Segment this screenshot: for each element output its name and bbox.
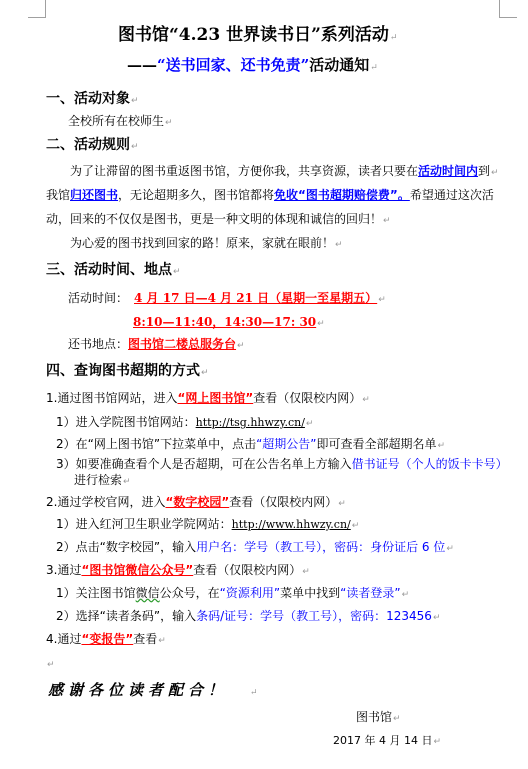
signature-text: 图书馆 [356,710,392,724]
method-1-step-1: 1）进入学院图书馆网站：http://tsg.hhwzy.cn/↵ [56,414,313,432]
method-2-row: 2.通过学校官网，进入“数字校园”查看（仅限校内网）↵ [46,494,346,512]
date: 2017 年 4 月 14 日↵ [333,733,441,750]
subtitle-suffix: 活动通知 [309,56,369,74]
text: 菜单中找到 [280,586,340,600]
wechat-account-link[interactable]: “图书馆微信公众号” [81,563,193,577]
place-value: 图书馆二楼总服务台 [128,337,236,351]
paragraph-mark-icon: ↵ [383,216,391,226]
body-text: 全校所有在校师生 [68,114,164,128]
paragraph-mark-icon: ↵ [338,499,346,509]
rules-paragraph-line-4: 为心爱的图书找到回家的路！原来，家就在眼前！↵ [70,235,343,253]
fee-waiver-link[interactable]: 免收“图书超期赔偿费”。 [274,188,410,202]
paragraph-mark-icon: ↵ [237,341,245,351]
digital-campus-link[interactable]: “数字校园” [165,495,229,509]
paragraph-mark-icon: ↵ [302,567,310,577]
method-1-step-3-cont: 进行检索↵ [74,472,131,490]
college-website-url-link[interactable]: http://www.hhwzy.cn/ [232,518,351,531]
paragraph-mark-icon: ↵ [335,240,343,250]
section-heading-query-methods: 四、查询图书超期的方式↵ [46,362,209,382]
method-3-step-2: 2）选择“读者条码”，输入条码/证号：学号（教工号），密码：123456↵ [56,608,440,626]
text: 查看 [133,632,157,646]
page-corner-mark-top-right [499,0,517,18]
credentials-highlight: 用户名：学号（教工号），密码：身份证后 6 位 [196,540,445,554]
text: 查看（仅限校内网） [253,391,361,405]
subtitle-highlight: “送书回家、还书免责” [157,56,309,74]
paragraph-mark-icon: ↵ [362,395,370,405]
barcode-credentials-highlight: 条码/证号：学号（教工号），密码：123456 [196,609,432,623]
paragraph-mark-icon: ↵ [378,295,386,305]
library-website-url-link[interactable]: http://tsg.hhwzy.cn/ [196,416,305,429]
time-value-hours: 8:10—11:40，14:30—17: 30 [133,315,316,329]
method-4-row: 4.通过“变报告”查看↵ [46,631,166,649]
text: 到 [478,164,490,178]
paragraph-mark-icon: ↵ [433,613,441,623]
online-library-link[interactable]: “网上图书馆” [177,391,253,405]
text: 为了让滞留的图书重返图书馆，方便你我，共享资源，读者只要在 [70,164,418,178]
place-label: 还书地点： [68,337,128,351]
title-text: 图书馆“4.23 世界读书日”系列活动 [118,25,389,45]
return-place-row: 还书地点：图书馆二楼总服务台↵ [68,336,245,354]
activity-hours-row: 8:10—11:40，14:30—17: 30↵ [133,314,325,332]
time-label: 活动时间： [68,291,128,305]
text: 1.通过图书馆网站，进入 [46,391,177,405]
page-corner-mark-top-left [28,0,46,18]
paragraph-mark-icon: ↵ [306,419,314,429]
paragraph-mark-icon: ↵ [393,714,401,724]
paragraph-mark-icon: ↵ [390,33,398,43]
text: 我馆 [46,188,70,202]
rules-paragraph-line-3: 动，回来的不仅仅是图书，更是一种文明的体现和诚信的回归！↵ [46,211,391,229]
method-2-step-2: 2）点击“数字校园”，输入用户名：学号（教工号），密码：身份证后 6 位↵ [56,539,454,557]
paragraph-mark-icon: ↵ [47,660,55,670]
document-title: 图书馆“4.23 世界读书日”系列活动↵ [118,24,397,49]
method-2-step-1: 1）进入红河卫生职业学院网站：http://www.hhwzy.cn/↵ [56,516,359,534]
paragraph-mark-icon: ↵ [131,142,139,152]
paragraph-mark-icon: ↵ [123,477,131,487]
activity-period-link[interactable]: 活动时间内 [418,164,478,178]
method-1-row: 1.通过图书馆网站，进入“网上图书馆”查看（仅限校内网）↵ [46,390,370,408]
empty-paragraph: ↵ [46,655,55,673]
method-3-step-1: 1）关注图书馆微信公众号，在“资源利用”菜单中找到“读者登录”↵ [56,585,409,603]
text: 2）选择“读者条码”，输入 [56,609,196,623]
paragraph-mark-icon: ↵ [370,63,378,73]
paragraph-mark-icon: ↵ [158,636,166,646]
target-audience-text: 全校所有在校师生↵ [68,113,173,131]
section-heading-rules: 二、活动规则↵ [46,136,139,156]
subtitle-dash: —— [127,56,157,74]
text: 进行检索 [74,473,122,487]
text: 动，回来的不仅仅是图书，更是一种文明的体现和诚信的回归！ [46,212,382,226]
rules-paragraph-line-1: 为了让滞留的图书重返图书馆，方便你我，共享资源，读者只要在活动时间内到↵ [70,163,499,181]
resource-menu-highlight: “资源利用” [220,586,280,600]
thanks-message: 感谢各位读者配合！↵ [48,682,263,701]
text: 为心爱的图书找到回家的路！原来，家就在眼前！ [70,236,334,250]
heading-text: 一、活动对象 [46,91,130,107]
text: 希望通过这次活 [410,188,494,202]
section-heading-time-place: 三、活动时间、地点↵ [46,261,181,281]
paragraph-mark-icon: ↵ [165,118,173,128]
return-books-link[interactable]: 归还图书 [70,188,118,202]
text: ，无论超期多久，图书馆都将 [118,188,274,202]
time-value-dates: 4 月 17 日—4 月 21 日（星期一至星期五） [134,291,377,305]
paragraph-mark-icon: ↵ [433,737,441,747]
text: 即可查看全部超期名单 [317,437,437,451]
method-1-step-2: 2）在“网上图书馆”下拉菜单中，点击“超期公告”即可查看全部超期名单↵ [56,436,445,454]
activity-time-row: 活动时间：4 月 17 日—4 月 21 日（星期一至星期五）↵ [68,290,386,308]
section-heading-target: 一、活动对象↵ [46,90,139,110]
paragraph-mark-icon: ↵ [250,688,263,698]
overdue-notice-highlight: “超期公告” [256,437,316,451]
text: 1）关注图书馆 [56,586,136,600]
thanks-text: 感谢各位读者配合！ [48,681,228,699]
heading-text: 三、活动时间、地点 [46,262,172,278]
library-card-number-highlight: 借书证号（个人的饭卡卡号） [352,457,508,471]
text: 3）如要准确查看个人是否超期，可在公告名单上方输入 [56,457,352,471]
text: 1）进入红河卫生职业学院网站： [56,517,232,531]
paragraph-mark-icon: ↵ [317,319,325,329]
reader-login-highlight: “读者登录” [340,586,400,600]
rules-paragraph-line-2: 我馆归还图书，无论超期多久，图书馆都将免收“图书超期赔偿费”。希望通过这次活 [46,187,494,203]
paragraph-mark-icon: ↵ [352,521,360,531]
signature: 图书馆↵ [356,709,401,727]
text: 2.通过学校官网，进入 [46,495,165,509]
report-link[interactable]: “变报告” [81,632,133,646]
text: 1）进入学院图书馆网站： [56,415,196,429]
paragraph-mark-icon: ↵ [446,544,454,554]
date-text: 2017 年 4 月 14 日 [333,734,432,747]
text: 4.通过 [46,632,81,646]
spellcheck-underlined-text: 微信 [136,586,160,600]
paragraph-mark-icon: ↵ [131,96,139,106]
text: 查看（仅限校内网） [193,563,301,577]
text: 查看（仅限校内网） [229,495,337,509]
text: 2）在“网上图书馆”下拉菜单中，点击 [56,437,256,451]
method-1-step-3: 3）如要准确查看个人是否超期，可在公告名单上方输入借书证号（个人的饭卡卡号） [56,456,508,472]
paragraph-mark-icon: ↵ [173,267,181,277]
paragraph-mark-icon: ↵ [491,168,499,178]
text: 2）点击“数字校园”，输入 [56,540,196,554]
heading-text: 二、活动规则 [46,137,130,153]
paragraph-mark-icon: ↵ [402,590,410,600]
paragraph-mark-icon: ↵ [201,368,209,378]
text: 3.通过 [46,563,81,577]
text: 公众号，在 [160,586,220,600]
heading-text: 四、查询图书超期的方式 [46,363,200,379]
document-subtitle: ——“送书回家、还书免责”活动通知↵ [127,55,378,78]
method-3-row: 3.通过“图书馆微信公众号”查看（仅限校内网）↵ [46,562,310,580]
paragraph-mark-icon: ↵ [438,441,446,451]
